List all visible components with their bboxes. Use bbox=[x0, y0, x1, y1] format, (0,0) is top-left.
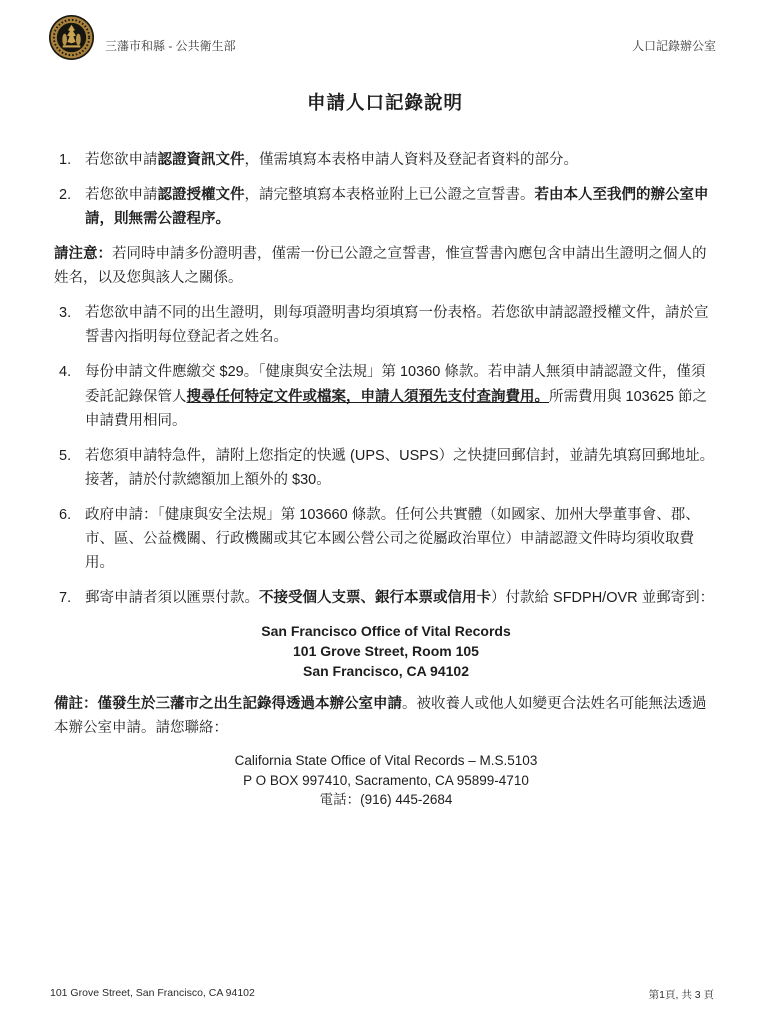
sf-address-line-2: 101 Grove Street, Room 105 bbox=[54, 641, 718, 661]
ca-address-line-2: P O BOX 997410, Sacramento, CA 95899-471… bbox=[54, 771, 718, 791]
item-number: 3. bbox=[54, 301, 85, 349]
item-number: 2. bbox=[54, 183, 85, 231]
notice-text: 若同時申請多份證明書，僅需一份已公證之宣誓書，惟宣誓書內應包含申請出生證明之個人… bbox=[54, 246, 707, 286]
instruction-item-3: 3. 若您欲申請不同的出生證明，則每項證明書均須填寫一份表格。若您欲申請認證授權… bbox=[54, 301, 718, 349]
header-department: 三藩市和縣 - 公共衛生部 bbox=[105, 37, 236, 61]
item-text: 政府申請：「健康與安全法規」第 103660 條款。任何公共實體（如國家、加州大… bbox=[85, 503, 718, 575]
notice-paragraph: 請注意：若同時申請多份證明書，僅需一份已公證之宣誓書，惟宣誓書內應包含申請出生證… bbox=[54, 242, 718, 290]
item-number: 5. bbox=[54, 444, 85, 492]
item-text: 若您欲申請不同的出生證明，則每項證明書均須填寫一份表格。若您欲申請認證授權文件，… bbox=[85, 301, 718, 349]
sf-mailing-address: San Francisco Office of Vital Records 10… bbox=[54, 621, 718, 681]
item-text: 郵寄申請者須以匯票付款。不接受個人支票、銀行本票或信用卡）付款給 SFDPH/O… bbox=[85, 586, 718, 610]
footer-address: 101 Grove Street, San Francisco, CA 9410… bbox=[50, 987, 255, 1002]
instruction-item-4: 4. 每份申請文件應繳交 $29。「健康與安全法規」第 10360 條款。若申請… bbox=[54, 360, 718, 432]
instruction-item-1: 1. 若您欲申請認證資訊文件，僅需填寫本表格申請人資料及登記者資料的部分。 bbox=[54, 148, 718, 172]
footer-page-number: 第1頁, 共 3 頁 bbox=[649, 987, 714, 1002]
header-office: 人口記錄辦公室 bbox=[632, 37, 716, 61]
item-text: 若您欲申請認證資訊文件，僅需填寫本表格申請人資料及登記者資料的部分。 bbox=[85, 148, 718, 172]
page-title: 申請人口記錄說明 bbox=[0, 89, 770, 115]
instruction-item-7: 7. 郵寄申請者須以匯票付款。不接受個人支票、銀行本票或信用卡）付款給 SFDP… bbox=[54, 586, 718, 610]
sf-address-line-1: San Francisco Office of Vital Records bbox=[54, 621, 718, 641]
instruction-item-5: 5. 若您須申請特急件，請附上您指定的快遞 (UPS、USPS）之快捷回郵信封，… bbox=[54, 444, 718, 492]
ca-address-phone: 電話：(916) 445-2684 bbox=[54, 790, 718, 810]
instruction-item-2: 2. 若您欲申請認證授權文件，請完整填寫本表格並附上已公證之宣誓書。若由本人至我… bbox=[54, 183, 718, 231]
sf-address-line-3: San Francisco, CA 94102 bbox=[54, 661, 718, 681]
item-number: 7. bbox=[54, 586, 85, 610]
document-body: 1. 若您欲申請認證資訊文件，僅需填寫本表格申請人資料及登記者資料的部分。 2.… bbox=[54, 148, 718, 821]
city-seal-icon bbox=[48, 14, 95, 61]
remark-paragraph: 備註：僅發生於三藩市之出生記錄得透過本辦公室申請。被收養人或他人如變更合法姓名可… bbox=[54, 692, 718, 740]
item-text: 若您須申請特急件，請附上您指定的快遞 (UPS、USPS）之快捷回郵信封，並請先… bbox=[85, 444, 718, 492]
ca-state-address: California State Office of Vital Records… bbox=[54, 751, 718, 810]
item-text: 每份申請文件應繳交 $29。「健康與安全法規」第 10360 條款。若申請人無須… bbox=[85, 360, 718, 432]
item-number: 4. bbox=[54, 360, 85, 432]
page-header: 三藩市和縣 - 公共衛生部 人口記錄辦公室 bbox=[48, 14, 716, 61]
document-page: 三藩市和縣 - 公共衛生部 人口記錄辦公室 申請人口記錄說明 1. 若您欲申請認… bbox=[0, 0, 770, 1024]
item-text: 若您欲申請認證授權文件，請完整填寫本表格並附上已公證之宣誓書。若由本人至我們的辦… bbox=[85, 183, 718, 231]
page-footer: 101 Grove Street, San Francisco, CA 9410… bbox=[50, 987, 714, 1002]
ca-address-line-1: California State Office of Vital Records… bbox=[54, 751, 718, 771]
notice-label: 請注意： bbox=[54, 246, 112, 262]
item-number: 1. bbox=[54, 148, 85, 172]
instruction-item-6: 6. 政府申請：「健康與安全法規」第 103660 條款。任何公共實體（如國家、… bbox=[54, 503, 718, 575]
item-number: 6. bbox=[54, 503, 85, 575]
remark-label: 備註：僅發生於三藩市之出生記錄得透過本辦公室申請 bbox=[54, 696, 402, 712]
